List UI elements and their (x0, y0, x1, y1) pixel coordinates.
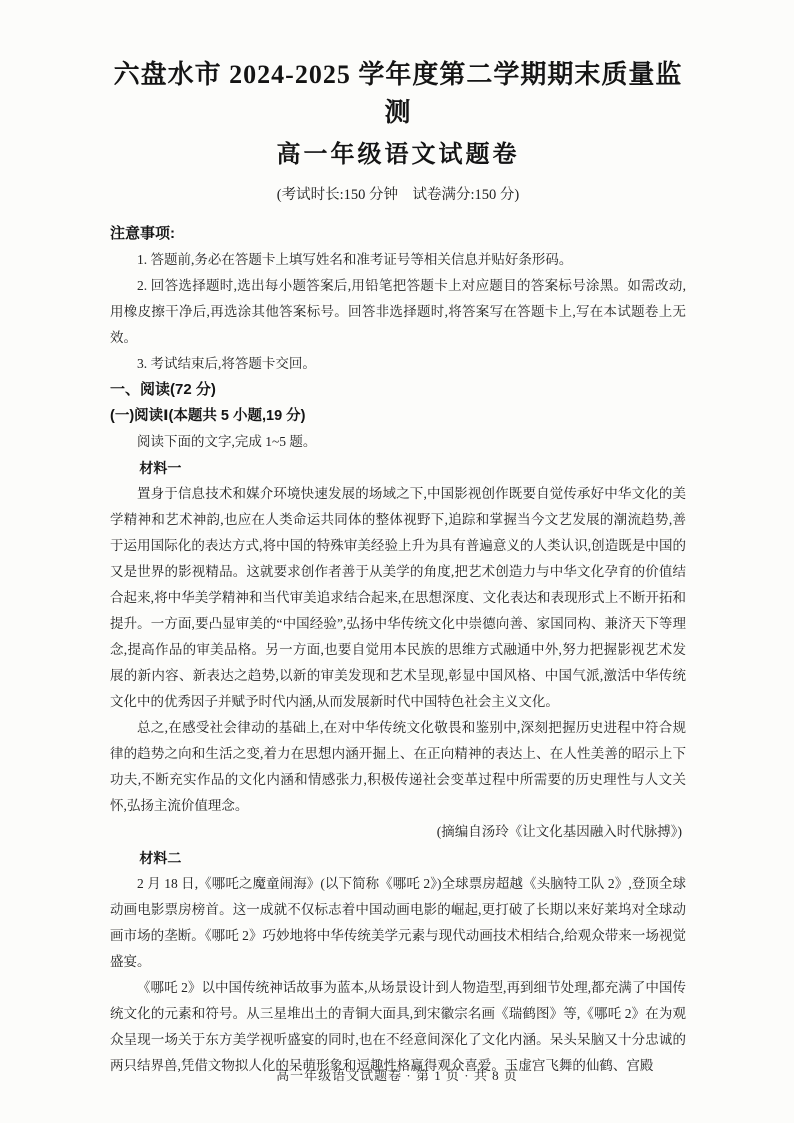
material-2-label: 材料二 (110, 845, 686, 871)
page-content: 六盘水市 2024-2025 学年度第二学期期末质量监测 高一年级语文试题卷 (… (0, 0, 794, 1079)
section-heading-reading: 一、阅读(72 分) (110, 377, 686, 403)
material-2-paragraph-1: 2 月 18 日,《哪吒之魔童闹海》(以下简称《哪吒 2》)全球票房超越《头脑特… (110, 871, 686, 975)
reading-instruction: 阅读下面的文字,完成 1~5 题。 (110, 429, 686, 455)
material-1-paragraph-1: 置身于信息技术和媒介环境快速发展的场域之下,中国影视创作既要自觉传承好中华文化的… (110, 481, 686, 715)
exam-duration-score-info: (考试时长:150 分钟 试卷满分:150 分) (110, 182, 686, 208)
subsection-heading-reading-1: (一)阅读Ⅰ(本题共 5 小题,19 分) (110, 403, 686, 429)
exam-subtitle: 高一年级语文试题卷 (110, 136, 686, 174)
material-1-attribution: (摘编自汤玲《让文化基因融入时代脉搏》) (110, 819, 686, 845)
material-1-label: 材料一 (110, 455, 686, 481)
material-1-paragraph-2: 总之,在感受社会律动的基础上,在对中华传统文化敬畏和鉴别中,深刻把握历史进程中符… (110, 715, 686, 819)
notice-item-3: 3. 考试结束后,将答题卡交回。 (110, 351, 686, 377)
page-footer: 高一年级语文试题卷 · 第 1 页 · 共 8 页 (0, 1067, 794, 1085)
notices-heading: 注意事项: (110, 220, 686, 247)
notice-item-1: 1. 答题前,务必在答题卡上填写姓名和准考证号等相关信息并贴好条形码。 (110, 247, 686, 273)
notice-item-2: 2. 回答选择题时,选出每小题答案后,用铅笔把答题卡上对应题目的答案标号涂黑。如… (110, 273, 686, 351)
material-2-paragraph-2: 《哪吒 2》以中国传统神话故事为蓝本,从场景设计到人物造型,再到细节处理,都充满… (110, 975, 686, 1079)
exam-paper-page: 六盘水市 2024-2025 学年度第二学期期末质量监测 高一年级语文试题卷 (… (0, 0, 794, 1123)
exam-title: 六盘水市 2024-2025 学年度第二学期期末质量监测 (110, 56, 686, 132)
